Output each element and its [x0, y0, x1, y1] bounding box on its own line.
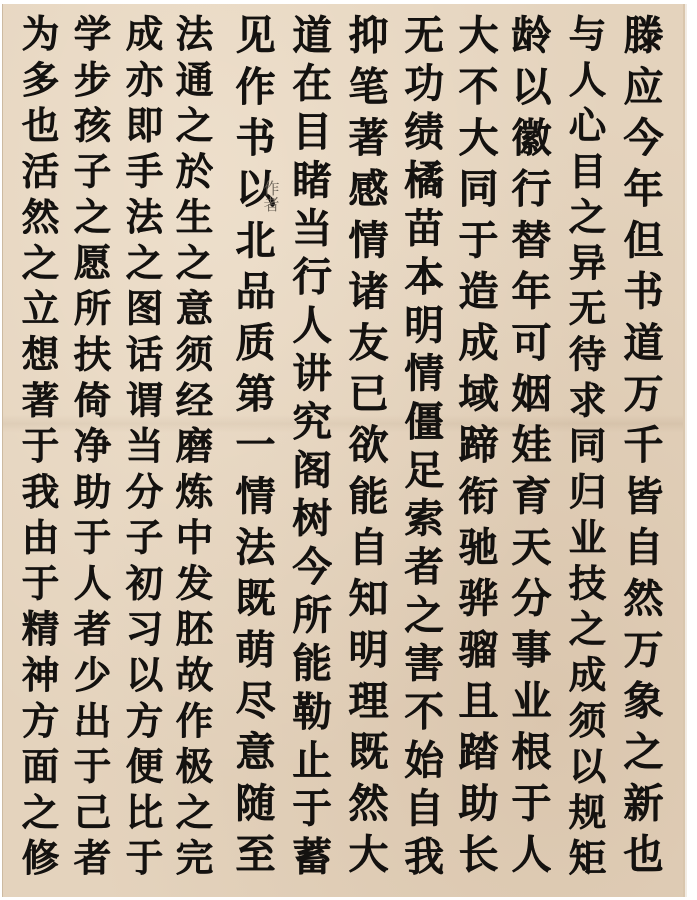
- marginal-annotation: 作者: [262, 180, 278, 212]
- text-column-2: 与人心目之异无待求同归业技之成须以规矩: [565, 14, 603, 884]
- text-column-8: 见作书以北品质第一情法既萌尽意随至: [232, 14, 272, 884]
- text-column-4: 大不大同于造成域蹄衔驰骅骝且踏助长: [455, 14, 495, 884]
- text-column-5: 无功绩橘苗本明情僵足索者之害不始自我: [400, 14, 440, 884]
- text-column-10: 成亦即手法之图话谓当分子初习以方便比于: [122, 14, 160, 884]
- text-column-12: 为多也活然之立想著于我由于精神方面之修: [18, 14, 56, 884]
- text-column-11: 学步孩子之愿所扶倚净助于人者少出于己者: [70, 14, 108, 884]
- paper-edge: [685, 4, 687, 897]
- text-column-3: 龄以徽行替年可姻娃育天分事业根于人: [508, 14, 548, 884]
- text-column-9: 法通之於生之意须经磨炼中发胚故作极之完: [172, 14, 210, 884]
- text-column-1: 滕应今年但书道万千皆自然万象之新也: [620, 14, 660, 884]
- text-column-6: 抑笔著感情诸友已欲能自知明理既然大: [345, 14, 385, 884]
- text-column-7: 道在目睹当行人讲究阁树今所能勒止于蓄: [288, 14, 328, 884]
